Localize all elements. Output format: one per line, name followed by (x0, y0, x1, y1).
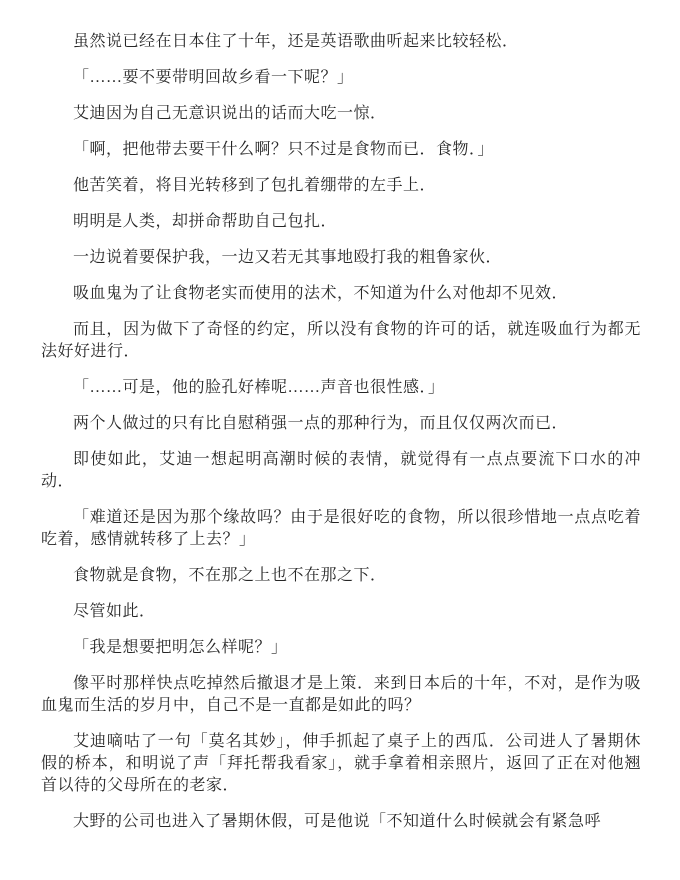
paragraph: 而且，因为做下了奇怪的约定，所以没有食物的许可的话，就连吸血行为都无法好好进行． (41, 319, 641, 363)
paragraph: 「……要不要带明回故乡看一下呢？」 (41, 67, 641, 89)
paragraph: 艾迪嘀咕了一句「莫名其妙」，伸手抓起了桌子上的西瓜．公司进人了暑期休假的桥本，和… (41, 731, 641, 797)
paragraph: 「难道还是因为那个缘故吗？由于是很好吃的食物，所以很珍惜地一点点吃着吃着，感情就… (41, 507, 641, 551)
page-text: 虽然说已经在日本住了十年，还是英语歌曲听起来比较轻松． 「……要不要带明回故乡看… (41, 31, 641, 833)
paragraph: 一边说着要保护我，一边又若无其事地殴打我的粗鲁家伙． (41, 247, 641, 269)
paragraph: 「……可是，他的脸孔好棒呢……声音也很性感．」 (41, 377, 641, 399)
paragraph: 食物就是食物，不在那之上也不在那之下． (41, 565, 641, 587)
paragraph: 艾迪因为自己无意识说出的话而大吃一惊． (41, 103, 641, 125)
novel-page: 虽然说已经在日本住了十年，还是英语歌曲听起来比较轻松． 「……要不要带明回故乡看… (0, 0, 680, 880)
paragraph: 他苦笑着，将目光转移到了包扎着绷带的左手上． (41, 175, 641, 197)
paragraph: 像平时那样快点吃掉然后撤退才是上策．来到日本后的十年，不对，是作为吸血鬼而生活的… (41, 673, 641, 717)
paragraph: 「啊，把他带去要干什么啊？只不过是食物而已．食物．」 (41, 139, 641, 161)
paragraph: 明明是人类，却拼命帮助自己包扎． (41, 211, 641, 233)
paragraph: 大野的公司也进入了暑期休假，可是他说「不知道什么时候就会有紧急呼 (41, 811, 641, 833)
paragraph: 虽然说已经在日本住了十年，还是英语歌曲听起来比较轻松． (41, 31, 641, 53)
paragraph: 吸血鬼为了让食物老实而使用的法术，不知道为什么对他却不见效． (41, 283, 641, 305)
paragraph: 即使如此，艾迪一想起明高潮时候的表情，就觉得有一点点要流下口水的冲动． (41, 449, 641, 493)
paragraph: 「我是想要把明怎么样呢？」 (41, 637, 641, 659)
paragraph: 两个人做过的只有比自慰稍强一点的那种行为，而且仅仅两次而已． (41, 413, 641, 435)
paragraph: 尽管如此． (41, 601, 641, 623)
